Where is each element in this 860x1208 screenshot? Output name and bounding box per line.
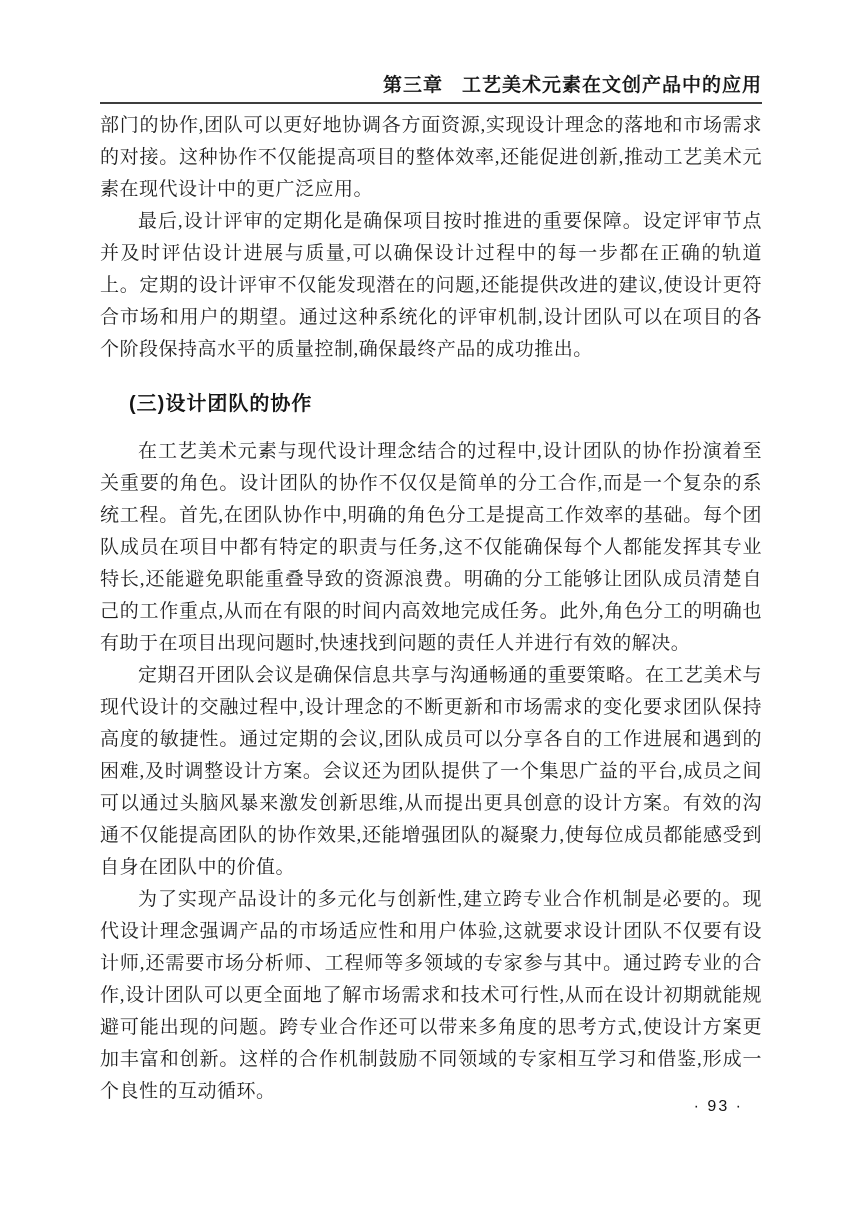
paragraph-collaboration-continuation: 部门的协作,团队可以更好地协调各方面资源,实现设计理念的落地和市场需求的对接。这… xyxy=(100,110,762,206)
paragraph-role-division: 在工艺美术元素与现代设计理念结合的过程中,设计团队的协作扮演着至关重要的角色。设… xyxy=(100,436,762,660)
page-body: 部门的协作,团队可以更好地协调各方面资源,实现设计理念的落地和市场需求的对接。这… xyxy=(100,110,762,1108)
page-number: · 93 · xyxy=(694,1098,743,1115)
page-header: 第三章 工艺美术元素在文创产品中的应用 xyxy=(100,76,762,104)
paragraph-team-meetings: 定期召开团队会议是确保信息共享与沟通畅通的重要策略。在工艺美术与现代设计的交融过… xyxy=(100,660,762,884)
chapter-label: 第三章 xyxy=(383,76,443,96)
chapter-title: 工艺美术元素在文创产品中的应用 xyxy=(462,76,762,96)
section-heading-team-collaboration: (三)设计团队的协作 xyxy=(100,388,762,420)
paragraph-design-review: 最后,设计评审的定期化是确保项目按时推进的重要保障。设定评审节点并及时评估设计进… xyxy=(100,206,762,366)
paragraph-cross-disciplinary: 为了实现产品设计的多元化与创新性,建立跨专业合作机制是必要的。现代设计理念强调产… xyxy=(100,884,762,1108)
page-footer: · 93 · xyxy=(694,1098,743,1116)
document-page: 第三章 工艺美术元素在文创产品中的应用 部门的协作,团队可以更好地协调各方面资源… xyxy=(0,0,860,1208)
